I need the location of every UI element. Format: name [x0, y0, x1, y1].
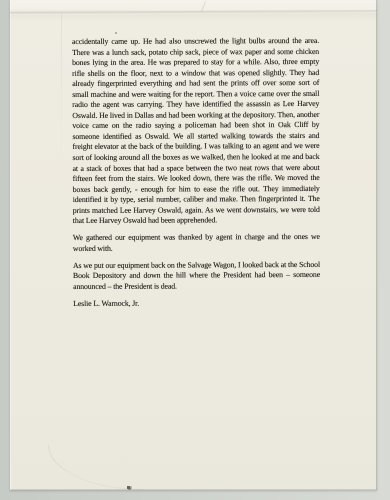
ink-speck-bottom — [127, 486, 130, 489]
bottom-left-crease — [48, 445, 143, 490]
paragraph-eyewitness-account: accidentally came up. He had also unscre… — [72, 36, 320, 227]
top-fold-crease — [10, 10, 377, 15]
paragraph-gathered-equipment: We gathered our equipment was thanked by… — [73, 232, 320, 254]
scanned-letter-page: accidentally came up. He had also unscre… — [10, 0, 377, 490]
paragraph-salvage-wagon: As we put our equipment back on the Salv… — [73, 260, 320, 293]
letter-body-text: accidentally came up. He had also unscre… — [72, 36, 320, 316]
scanner-bed: { "letter": { "paragraphs": [ "accidenta… — [0, 0, 390, 500]
signature-line: Leslie L. Warnock, Jr. — [73, 298, 320, 310]
left-faint-crease — [61, 13, 62, 163]
ink-speck-top — [115, 32, 117, 34]
